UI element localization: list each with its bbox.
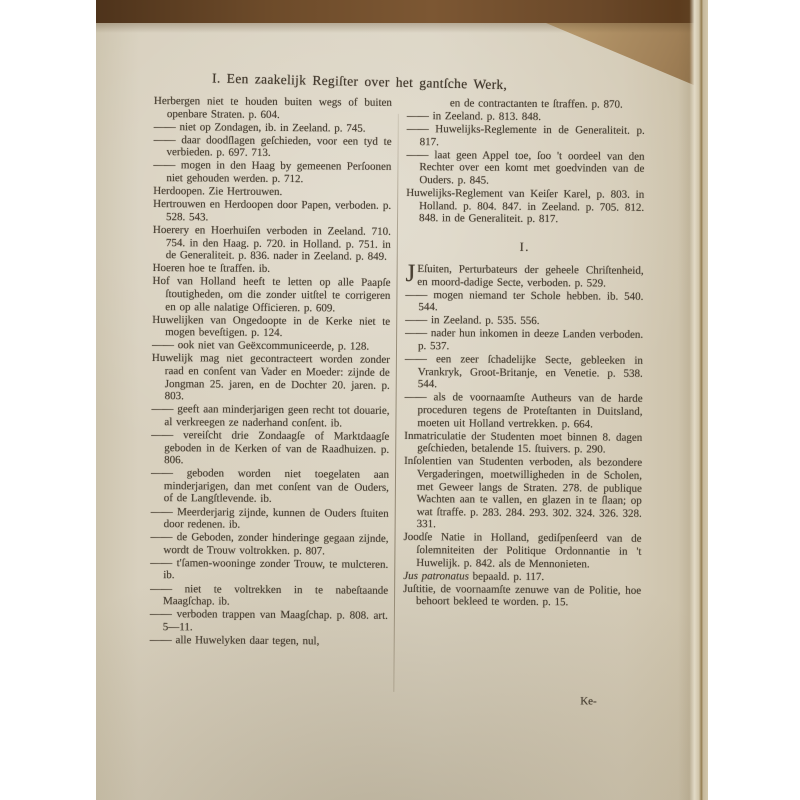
index-entry: —— niet op Zondagen, ib. in Zeeland. p. …	[154, 121, 392, 135]
index-entry: —— geeft aan minderjarigen geen recht to…	[151, 403, 389, 430]
index-entry: —— ook niet van Geëxcommuniceerde, p. 12…	[152, 339, 390, 353]
entry-text: —— verboden trappen van Maagſchap. p. 80…	[150, 608, 388, 633]
index-entry: —— de Geboden, zonder hinderinge gegaan …	[150, 531, 388, 558]
index-entry: —— Huwelijks-Reglemente in de Generalite…	[407, 123, 645, 150]
index-entries-bottom: JEſuiten, Perturbateurs der geheele Chri…	[403, 263, 644, 610]
index-entry: Hof van Holland heeft te letten op alle …	[152, 275, 390, 315]
entry-italic-lead: Jus patronatus	[403, 570, 469, 583]
index-entry: Jus patronatus bepaald. p. 117.	[403, 570, 641, 584]
entry-text: —— niet te voltrekken in te nabeſtaande …	[150, 583, 388, 608]
column-divider	[393, 114, 399, 692]
index-entry: Hertrouwen en Herdoopen door Papen, verb…	[153, 198, 391, 225]
entry-text: Hoeren hoe te ſtraffen. ib.	[153, 262, 271, 275]
index-entry: —— mogen in den Haag by gemeenen Perſoon…	[153, 159, 391, 186]
index-entry: Juſtitie, de voornaamſte zenuwe van de P…	[403, 583, 641, 610]
index-entry: en de contractanten te ſtraffen. p. 870.	[407, 97, 645, 111]
index-entry: Inſolentien van Studenten verboden, als …	[404, 455, 643, 532]
entry-text: —— een zeer ſchadelijke Secte, gebleeken…	[405, 353, 643, 390]
index-entries-top: en de contractanten te ſtraffen. p. 870.…	[406, 97, 645, 227]
entry-text: —— mogen niemand ter Schole hebben. ib. …	[405, 289, 643, 314]
entry-text: Joodſe Natie in Holland, gediſpenſeerd v…	[403, 531, 641, 570]
entry-text: —— geeft aan minderjarigen geen recht to…	[151, 403, 389, 429]
index-entry: —— niet te voltrekken in te nabeſtaande …	[150, 583, 388, 610]
index-entry: —— nader hun inkomen in deeze Landen ver…	[405, 327, 643, 354]
entry-text: Inſolentien van Studenten verboden, als …	[404, 455, 642, 530]
entry-text: Herdoopen. Zie Hertrouwen.	[153, 185, 282, 198]
index-entry: Inmatriculatie der Studenten moet binnen…	[404, 430, 642, 457]
index-column-right: en de contractanten te ſtraffen. p. 870.…	[403, 97, 645, 610]
index-entry: Hoeren hoe te ſtraffen. ib.	[153, 262, 391, 276]
entry-text: en de contractanten te ſtraffen. p. 870.	[450, 97, 623, 110]
entry-text: Inmatriculatie der Studenten moet binnen…	[404, 430, 642, 456]
entry-text: Herbergen niet te houden buiten wegs of …	[154, 95, 392, 121]
index-entry: Huwelijken van Ongedoopte in de Kerke ni…	[152, 314, 390, 341]
index-entry: —— in Zeeland. p. 813. 848.	[407, 110, 645, 124]
index-entry: Huwelijks-Reglement van Keiſer Karel, p.…	[406, 187, 644, 227]
index-entry: JEſuiten, Perturbateurs der geheele Chri…	[405, 263, 643, 290]
entry-text: —— de Geboden, zonder hinderinge gegaan …	[150, 531, 388, 557]
index-entry: Herdoopen. Zie Hertrouwen.	[153, 185, 391, 199]
section-heading: I.	[406, 239, 644, 256]
entry-text: bepaald. p. 117.	[469, 570, 544, 583]
index-entry: —— mogen niemand ter Schole hebben. ib. …	[405, 289, 643, 316]
index-entry: —— Meerderjarig zijnde, kunnen de Ouders…	[151, 505, 389, 532]
index-entry: —— als de voornaamſte Autheurs van de ha…	[404, 391, 642, 431]
catchword: Ke-	[580, 695, 597, 707]
entry-text: —— in Zeeland. p. 813. 848.	[407, 110, 541, 123]
entry-text: —— laat geen Appel toe, ſoo 't oordeel v…	[406, 149, 644, 187]
entry-text: Huwelijks-Reglement van Keiſer Karel, p.…	[406, 187, 644, 225]
index-entry: —— alle Huwelyken daar tegen, nul,	[150, 634, 388, 648]
entry-text: Hertrouwen en Herdoopen door Papen, verb…	[153, 198, 391, 223]
entry-text: —— vereiſcht drie Zondaagſe of Marktdaag…	[151, 429, 389, 466]
entry-text: Hof van Holland heeft te letten op alle …	[152, 275, 390, 314]
entry-text: —— nader hun inkomen in deeze Landen ver…	[405, 327, 643, 352]
index-entry: Herbergen niet te houden buiten wegs of …	[154, 95, 392, 122]
entry-text: —— in Zeeland. p. 535. 556.	[405, 314, 539, 327]
entry-text: Huwelijken van Ongedoopte in de Kerke ni…	[152, 314, 390, 340]
index-entry: —— t'ſamen-wooninge zonder Trouw, te mul…	[150, 557, 388, 584]
entry-text: —— daar doodſlagen geſchieden, voor een …	[154, 134, 392, 160]
entry-text: —— geboden worden niet toegelaten aan mi…	[151, 467, 389, 505]
entry-text: —— Meerderjarig zijnde, kunnen de Ouders…	[151, 505, 389, 530]
entry-text: Juſtitie, de voornaamſte zenuwe van de P…	[403, 583, 641, 609]
page-fore-edge	[678, 0, 708, 800]
index-entry: Huwelijk mag niet gecontracteert worden …	[152, 352, 390, 404]
entry-text: JEſuiten, Perturbateurs der geheele Chri…	[417, 263, 643, 289]
entry-text: —— mogen in den Haag by gemeenen Perſoon…	[153, 159, 391, 185]
index-entry: —— in Zeeland. p. 535. 556.	[405, 314, 643, 328]
index-entry: —— vereiſcht drie Zondaagſe of Marktdaag…	[151, 429, 389, 469]
index-column-left: Herbergen niet te houden buiten wegs of …	[150, 95, 392, 648]
entry-text: —— niet op Zondagen, ib. in Zeeland. p. …	[154, 121, 366, 135]
index-entry: —— een zeer ſchadelijke Secte, gebleeken…	[405, 353, 643, 393]
entry-text: Huwelijk mag niet gecontracteert worden …	[152, 352, 390, 402]
index-entry: Joodſe Natie in Holland, gediſpenſeerd v…	[403, 531, 641, 571]
entry-text: —— alle Huwelyken daar tegen, nul,	[150, 634, 320, 647]
index-entry: —— geboden worden niet toegelaten aan mi…	[151, 467, 389, 507]
index-entry: Hoerery en Hoerhuiſen verboden in Zeelan…	[153, 224, 391, 264]
entry-text: Hoerery en Hoerhuiſen verboden in Zeelan…	[153, 224, 391, 263]
index-entry: —— laat geen Appel toe, ſoo 't oordeel v…	[406, 149, 644, 189]
book-photo: I. Een zaakelijk Regiſter over het gantſ…	[96, 0, 708, 800]
page-content: I. Een zaakelijk Regiſter over het gantſ…	[96, 0, 708, 800]
entry-text: —— als de voornaamſte Autheurs van de ha…	[405, 391, 643, 430]
page-header: I. Een zaakelijk Regiſter over het gantſ…	[212, 70, 507, 93]
entry-text: —— Huwelijks-Reglemente in de Generalite…	[407, 123, 645, 148]
entry-text: —— ook niet van Geëxcommuniceerde, p. 12…	[152, 339, 369, 353]
entry-text: —— t'ſamen-wooninge zonder Trouw, te mul…	[150, 557, 388, 582]
index-entry: —— verboden trappen van Maagſchap. p. 80…	[150, 608, 388, 635]
index-entry: —— daar doodſlagen geſchieden, voor een …	[153, 134, 391, 161]
